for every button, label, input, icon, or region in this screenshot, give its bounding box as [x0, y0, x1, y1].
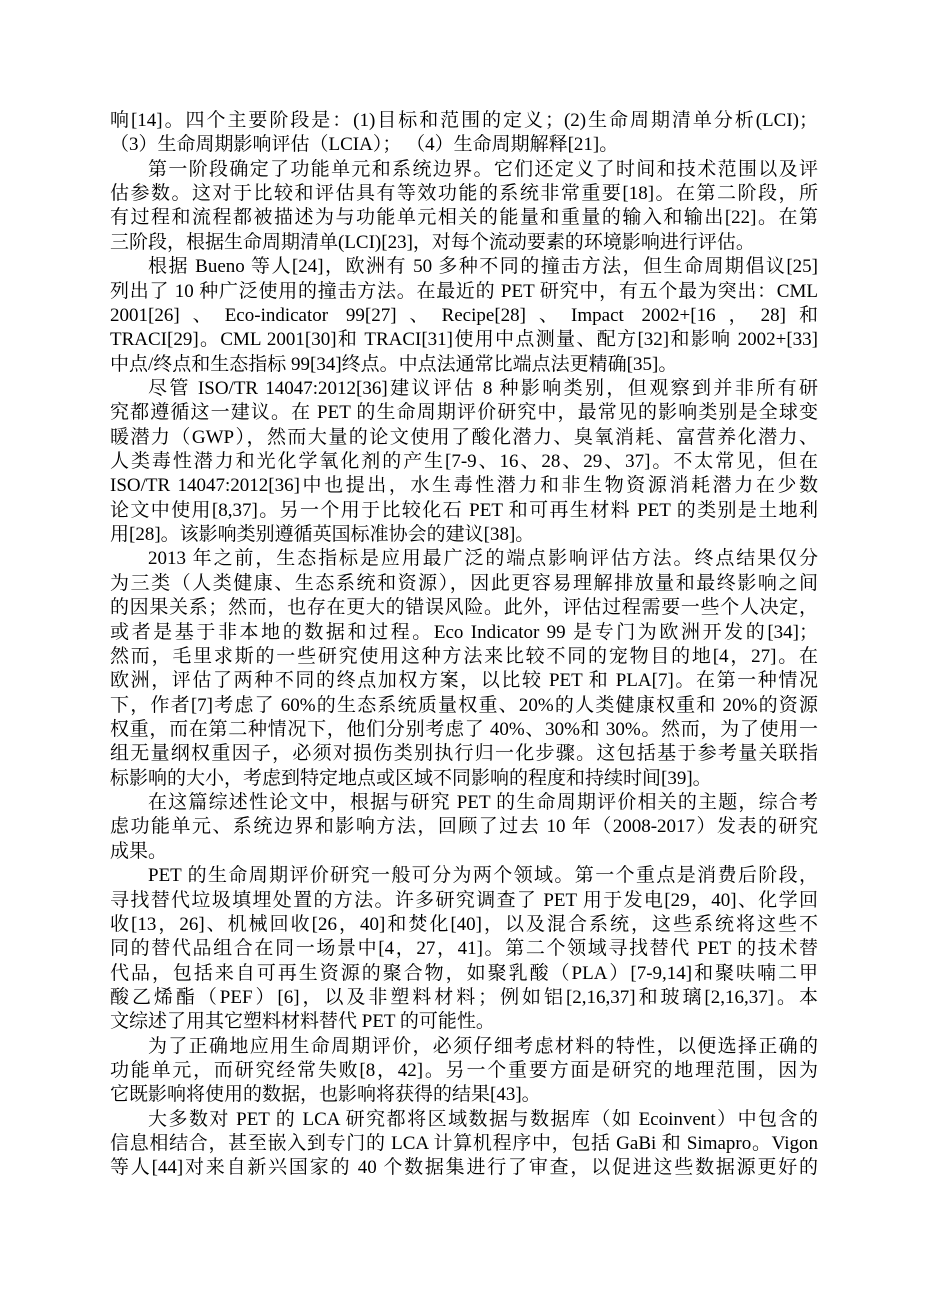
text-line: 的因果关系；然而，也存在更大的错误风险。此外，评估过程需要一些个人决定，: [110, 596, 818, 620]
text-line: 组无量纲权重因子，必须对损伤类别执行归一化步骤。这包括基于参考量关联指: [110, 742, 818, 766]
text-line: 尽管 ISO/TR 14047:2012[36]建议评估 8 种影响类别，但观察…: [110, 377, 818, 401]
text-line: 有过程和流程都被描述为与功能单元相关的能量和重量的输入和输出[22]。在第: [110, 206, 818, 230]
text-line: 中点/终点和生态指标 99[34]终点。中点法通常比端点法更精确[35]。: [110, 353, 818, 377]
text-line: 信息相结合，甚至嵌入到专门的 LCA 计算机程序中，包括 GaBi 和 Sima…: [110, 1132, 818, 1156]
text-line: 用[28]。该影响类别遵循英国标准协会的建议[38]。: [110, 523, 818, 547]
paragraph: 大多数对 PET 的 LCA 研究都将区域数据与数据库（如 Ecoinvent）…: [110, 1108, 818, 1181]
text-line: 成果。: [110, 840, 818, 864]
text-line: 大多数对 PET 的 LCA 研究都将区域数据与数据库（如 Ecoinvent）…: [110, 1108, 818, 1132]
text-line: 暖潜力（GWP），然而大量的论文使用了酸化潜力、臭氧消耗、富营养化潜力、: [110, 426, 818, 450]
paragraph: 尽管 ISO/TR 14047:2012[36]建议评估 8 种影响类别，但观察…: [110, 377, 818, 548]
text-line: 究都遵循这一建议。在 PET 的生命周期评价研究中，最常见的影响类别是全球变: [110, 401, 818, 425]
text-line: 虑功能单元、系统边界和影响方法，回顾了过去 10 年（2008-2017）发表的…: [110, 815, 818, 839]
text-line: 响[14]。四个主要阶段是：(1)目标和范围的定义；(2)生命周期清单分析(LC…: [110, 109, 818, 133]
text-line: 功能单元，而研究经常失败[8，42]。另一个重要方面是研究的地理范围，因为: [110, 1059, 818, 1083]
paragraph: 为了正确地应用生命周期评价，必须仔细考虑材料的特性，以便选择正确的功能单元，而研…: [110, 1035, 818, 1108]
text-line: 代品，包括来自可再生资源的聚合物，如聚乳酸（PLA）[7-9,14]和聚呋喃二甲: [110, 962, 818, 986]
text-line: 或者是基于非本地的数据和过程。Eco Indicator 99 是专门为欧洲开发…: [110, 621, 818, 645]
text-line: 2001[26]、Eco-indicator 99[27]、Recipe[28]…: [110, 304, 818, 328]
paragraph: 2013 年之前，生态指标是应用最广泛的端点影响评估方法。终点结果仅分为三类（人…: [110, 547, 818, 791]
text-line: 论文中使用[8,37]。另一个用于比较化石 PET 和可再生材料 PET 的类别…: [110, 499, 818, 523]
text-line: ISO/TR 14047:2012[36]中也提出，水生毒性潜力和非生物资源消耗…: [110, 474, 818, 498]
text-line: 在这篇综述性论文中，根据与研究 PET 的生命周期评价相关的主题，综合考: [110, 791, 818, 815]
document-page: 响[14]。四个主要阶段是：(1)目标和范围的定义；(2)生命周期清单分析(LC…: [0, 0, 925, 1309]
paragraph: 在这篇综述性论文中，根据与研究 PET 的生命周期评价相关的主题，综合考虑功能单…: [110, 791, 818, 864]
text-line: 根据 Bueno 等人[24]，欧洲有 50 多种不同的撞击方法，但生命周期倡议…: [110, 255, 818, 279]
text-line: 列出了 10 种广泛使用的撞击方法。在最近的 PET 研究中，有五个最为突出：C…: [110, 280, 818, 304]
text-line: 同的替代品组合在同一场景中[4，27，41]。第二个领域寻找替代 PET 的技术…: [110, 937, 818, 961]
text-line: 然而，毛里求斯的一些研究使用这种方法来比较不同的宠物目的地[4，27]。在: [110, 645, 818, 669]
text-line: 收[13，26]、机械回收[26，40]和焚化[40]，以及混合系统，这些系统将…: [110, 913, 818, 937]
text-line: 酸乙烯酯（PEF）[6]，以及非塑料材料；例如铝[2,16,37]和玻璃[2,1…: [110, 986, 818, 1010]
text-line: 欧洲，评估了两种不同的终点加权方案，以比较 PET 和 PLA[7]。在第一种情…: [110, 669, 818, 693]
text-line: 文综述了用其它塑料材料替代 PET 的可能性。: [110, 1010, 818, 1034]
text-line: 下，作者[7]考虑了 60%的生态系统质量权重、20%的人类健康权重和 20%的…: [110, 694, 818, 718]
paragraph: 响[14]。四个主要阶段是：(1)目标和范围的定义；(2)生命周期清单分析(LC…: [110, 109, 818, 158]
paragraph: 根据 Bueno 等人[24]，欧洲有 50 多种不同的撞击方法，但生命周期倡议…: [110, 255, 818, 377]
text-line: 它既影响将使用的数据，也影响将获得的结果[43]。: [110, 1083, 818, 1107]
text-line: （3）生命周期影响评估（LCIA）； （4）生命周期解释[21]。: [110, 133, 818, 157]
paragraph: 第一阶段确定了功能单元和系统边界。它们还定义了时间和技术范围以及评估参数。这对于…: [110, 158, 818, 255]
text-line: 为了正确地应用生命周期评价，必须仔细考虑材料的特性，以便选择正确的: [110, 1035, 818, 1059]
text-line: 等人[44]对来自新兴国家的 40 个数据集进行了审查，以促进这些数据源更好的: [110, 1156, 818, 1180]
text-line: 人类毒性潜力和光化学氧化剂的产生[7-9、16、28、29、37]。不太常见，但…: [110, 450, 818, 474]
text-line: 2013 年之前，生态指标是应用最广泛的端点影响评估方法。终点结果仅分: [110, 547, 818, 571]
text-line: TRACI[29]。CML 2001[30]和 TRACI[31]使用中点测量、…: [110, 328, 818, 352]
text-line: 标影响的大小，考虑到特定地点或区域不同影响的程度和持续时间[39]。: [110, 767, 818, 791]
text-line: 寻找替代垃圾填埋处置的方法。许多研究调查了 PET 用于发电[29，40]、化学…: [110, 889, 818, 913]
text-line: 权重，而在第二种情况下，他们分别考虑了 40%、30%和 30%。然而，为了使用…: [110, 718, 818, 742]
text-line: 为三类（人类健康、生态系统和资源），因此更容易理解排放量和最终影响之间: [110, 572, 818, 596]
text-line: 估参数。这对于比较和评估具有等效功能的系统非常重要[18]。在第二阶段，所: [110, 182, 818, 206]
text-line: 第一阶段确定了功能单元和系统边界。它们还定义了时间和技术范围以及评: [110, 158, 818, 182]
paragraph: PET 的生命周期评价研究一般可分为两个领域。第一个重点是消费后阶段，寻找替代垃…: [110, 864, 818, 1035]
text-line: PET 的生命周期评价研究一般可分为两个领域。第一个重点是消费后阶段，: [110, 864, 818, 888]
document-text-block: 响[14]。四个主要阶段是：(1)目标和范围的定义；(2)生命周期清单分析(LC…: [110, 109, 818, 1181]
text-line: 三阶段，根据生命周期清单(LCI)[23]，对每个流动要素的环境影响进行评估。: [110, 231, 818, 255]
